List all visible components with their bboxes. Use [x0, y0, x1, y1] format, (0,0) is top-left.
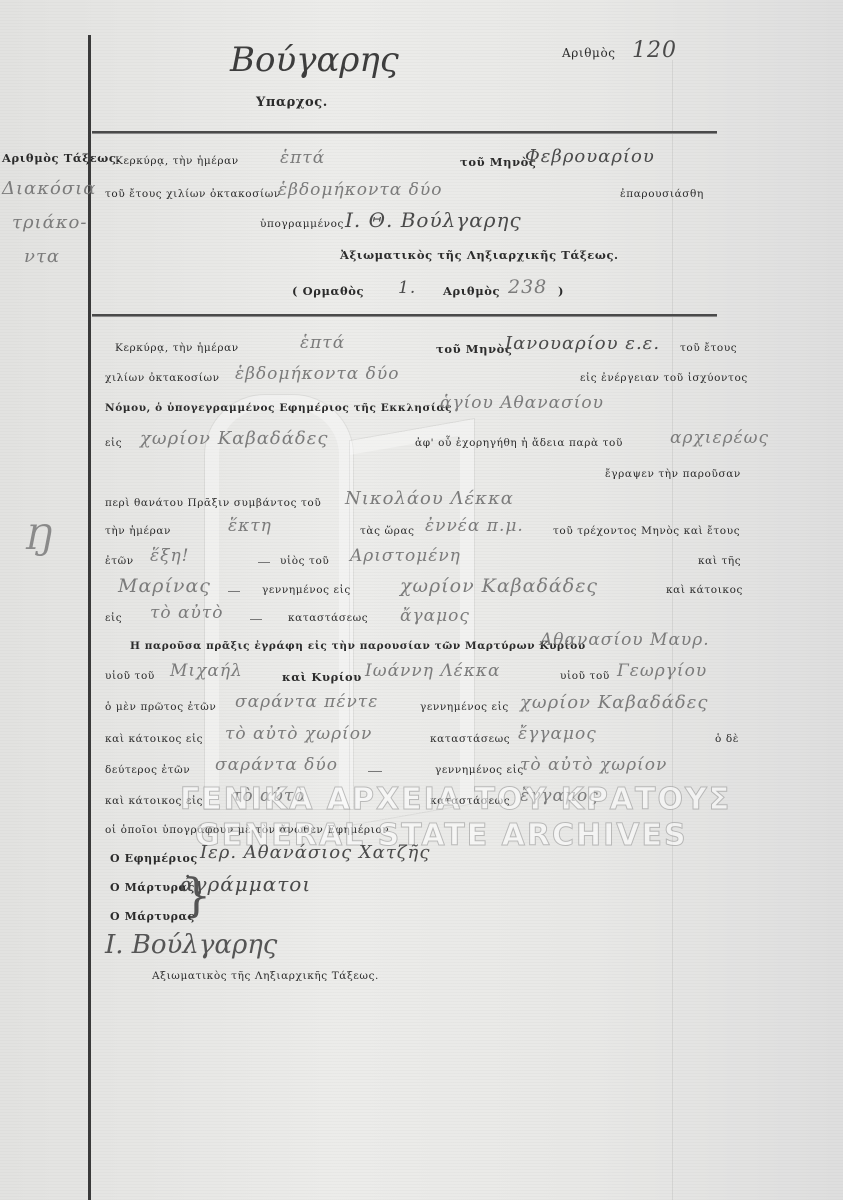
number-label: Αριθμὸς [562, 46, 616, 60]
prefect-title: Υπαρχος. [256, 95, 328, 110]
s2-l11-hand1: Μιχαήλ [170, 661, 243, 681]
s2-l2-text1: Νόμου, ὁ ὑπογεγραμμένος Εφημέριος τῆς Εκ… [105, 402, 452, 414]
s2-l11-hand3: Γεωργίου [617, 661, 707, 681]
margin-hand-2: τριάκο- [12, 212, 87, 233]
s1-l2-text2: ἐπαρουσιάσθη [620, 188, 704, 200]
blank-dash [368, 771, 382, 772]
s2-l14-text2: γεννημένος εἰς [435, 764, 524, 776]
margin-label: Αριθμὸς Τάξεως. [2, 151, 121, 165]
s2-l3-hand1: χωρίον Καβαδάδες [140, 428, 328, 449]
s2-l12-hand2: χωρίον Καβαδάδες [520, 692, 708, 713]
s1-l5-text2: Αριθμὸς [443, 284, 500, 298]
s2-l14-text1: δεύτερος ἐτῶν [105, 764, 190, 776]
s2-l9-hand2: ἄγαμος [400, 606, 470, 626]
s2-l0-text3: τοῦ ἔτους [680, 342, 737, 354]
s2-l13-text2: καταστάσεως [430, 733, 510, 745]
s2-l9-text2: καταστάσεως [288, 612, 368, 624]
s2-l2-hand1: ἁγίου Αθανασίου [440, 393, 604, 413]
s2-l8-text1: γεννημένος εἰς [262, 584, 351, 596]
s1-l5-hand1: 1. [398, 278, 416, 298]
s2-l3-hand2: αρχιερέως [670, 428, 769, 448]
s1-l3-text1: ὑπογραμμένος [260, 218, 344, 230]
s2-l8-hand2: χωρίον Καβαδάδες [400, 575, 598, 597]
margin-hand-1: Διακόσια [2, 178, 96, 199]
s2-l7-hand2: Αριστομένη [350, 546, 461, 566]
s2-l3-text2: ἀφ' οὗ ἐχορηγήθη ἡ ἄδεια παρὰ τοῦ [415, 437, 623, 449]
s1-l3-hand1: Ι. Θ. Βούλγαρης [345, 208, 522, 232]
s2-l1-hand1: ἑβδομήκοντα δύο [235, 364, 399, 384]
s1-l1-hand1: ἑπτά [280, 148, 325, 168]
s2-l9-text1: εἰς [105, 612, 122, 624]
frame-left-line [88, 35, 91, 1200]
s1-l5-hand2: 238 [508, 276, 547, 298]
s2-l5-text1: περὶ θανάτου Πρᾶξιν συμβάντος τοῦ [105, 497, 321, 509]
s2-l6-text1: τὴν ἡμέραν [105, 525, 171, 537]
officer-title: Αξιωματικὸς τῆς Ληξιαρχικῆς Τάξεως. [152, 970, 379, 982]
s1-l2-text1: τοῦ ἔτους χιλίων ὀκτακοσίων [105, 188, 281, 200]
archive-logo-watermark [205, 395, 353, 809]
s2-l1-text2: εἰς ἐνέργειαν τοῦ ἰσχύοντος [580, 372, 748, 384]
section-divider-rule [92, 314, 717, 317]
s2-l12-hand1: σαράντα πέντε [235, 692, 378, 712]
s2-l13-text1: καὶ κάτοικος εἰς [105, 733, 203, 745]
s1-l1-text1: Κερκύρᾳ, τὴν ἡμέραν [115, 155, 239, 167]
s2-l13-hand1: τὸ αὐτὸ χωρίον [225, 724, 372, 744]
s2-l14-hand2: τὸ αὐτὸ χωρίον [520, 755, 667, 775]
s2-l13-text3: ὁ δὲ [715, 733, 739, 745]
s2-l8-text2: καὶ κάτοικος [666, 584, 743, 596]
s2-l6-text2: τὰς ὥρας [360, 525, 415, 537]
s2-l3-text1: εἰς [105, 437, 122, 449]
officer-signature: Ι. Βούλγαρης [105, 930, 277, 960]
s2-l1-text1: χιλίων ὀκτακοσίων [105, 372, 220, 384]
blank-dash [228, 591, 240, 592]
s2-l6-hand1: ἕκτη [228, 516, 272, 536]
s2-l10-text1: Η παροῦσα πρᾶξις ἐγράφη εἰς τὴν παρουσία… [130, 640, 586, 652]
s2-l10-hand1: Αθανασίου Μαυρ. [540, 630, 710, 650]
s2-l6-text3: τοῦ τρέχοντος Μηνὸς καὶ ἔτους [553, 525, 740, 537]
margin-hand-3: ντα [24, 246, 60, 267]
s2-l0-hand1: ἑπτά [300, 333, 345, 353]
s2-l11-text3: υἱοῦ τοῦ [560, 670, 610, 682]
number-value: 120 [632, 38, 677, 63]
witness-2-label: Ο Μάρτυρας [110, 910, 195, 923]
s2-l0-text2: τοῦ Μηνὸς [436, 342, 513, 356]
s2-l8-hand1: Μαρίνας [118, 575, 211, 597]
s2-l0-hand2: Ιανουαρίου ε.ε. [505, 333, 660, 354]
blank-dash [258, 562, 270, 563]
s1-l1-hand2: Φεβρουαρίου [525, 146, 655, 167]
s1-l4-officer-title: Ἀξιωματικὸς τῆς Ληξιαρχικῆς Τάξεως. [340, 248, 619, 262]
s2-l13-hand2: ἔγγαμος [518, 724, 597, 744]
priest-label: Ο Εφημέριος [110, 852, 198, 865]
priest-signature: Ιερ. Αθανάσιος Χατζῆς [200, 842, 430, 863]
s1-l5-text3: ) [558, 284, 564, 298]
s1-l2-hand1: ἑβδομήκοντα δύο [278, 180, 442, 200]
s2-l14-hand1: σαράντα δύο [215, 755, 338, 775]
s2-l7-hand1: ἕξη! [150, 546, 190, 566]
s2-l7-text3: καὶ τῆς [698, 555, 741, 567]
s2-l7-text2: υἱὸς τοῦ [280, 555, 329, 567]
s1-l5-text1: ( Ορμαθὸς [292, 284, 364, 298]
prefect-signature: Βούγαρης [230, 40, 399, 80]
s2-l11-text2: καὶ Κυρίου [282, 670, 362, 684]
s2-l0-text1: Κερκύρᾳ, τὴν ἡμέραν [115, 342, 239, 354]
margin-pencil-mark: Ŋ [24, 518, 54, 558]
s2-l11-text1: υἱοῦ τοῦ [105, 670, 155, 682]
s2-l9-hand1: τὸ αὐτὸ [150, 603, 224, 623]
frame-top-rule [92, 131, 717, 134]
watermark-greek: ΓΕΝΙΚΑ ΑΡΧΕΙΑ ΤΟΥ ΚΡΑΤΟΥΣ [180, 782, 731, 817]
s2-l5-hand1: Νικολάου Λέκκα [345, 488, 514, 509]
s2-l7-text1: ἐτῶν [105, 555, 134, 567]
s2-l4-text1: ἔγραψεν τὴν παροῦσαν [605, 468, 741, 480]
s2-l11-hand2: Ιωάννη Λέκκα [365, 661, 501, 681]
s2-l6-hand2: ἐννέα π.μ. [425, 516, 524, 536]
s2-l12-text1: ὁ μὲν πρῶτος ἐτῶν [105, 701, 216, 713]
s2-l12-text2: γεννημένος εἰς [420, 701, 509, 713]
blank-dash [250, 619, 262, 620]
